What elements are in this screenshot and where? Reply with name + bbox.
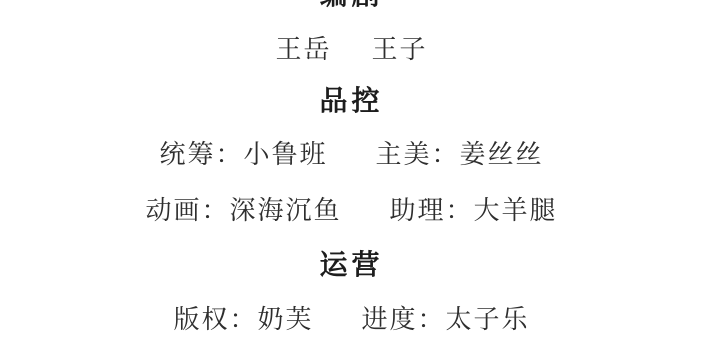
role-label: 助理 — [390, 195, 446, 225]
screenwriter-name: 王岳 — [275, 36, 331, 62]
credits-page: 编剧 王岳 王子 品控 统筹：小鲁班 主美：姜丝丝 动画：深海沉鱼 助理：大羊腿… — [0, 0, 703, 364]
credit-entry-animation: 动画：深海沉鱼 — [145, 197, 341, 223]
person-name: 小鲁班 — [243, 139, 327, 169]
colon-separator: ： — [201, 195, 229, 225]
credit-entry-copyright: 版权：奶芙 — [173, 306, 313, 332]
screenwriter-name: 王子 — [372, 36, 428, 62]
credit-entry-progress: 进度：太子乐 — [362, 306, 530, 332]
credit-row-animation-assistant: 动画：深海沉鱼 助理：大羊腿 — [0, 197, 703, 223]
role-label: 版权 — [173, 304, 229, 334]
role-label: 进度 — [362, 304, 418, 334]
credit-entry-lead-artist: 主美：姜丝丝 — [376, 141, 544, 167]
colon-separator: ： — [446, 195, 474, 225]
section-title-operations: 运营 — [0, 251, 703, 279]
credit-row-coordinator-artist: 统筹：小鲁班 主美：姜丝丝 — [0, 141, 703, 167]
section-title-quality-control: 品控 — [0, 87, 703, 115]
person-name: 奶芙 — [257, 304, 313, 334]
colon-separator: ： — [418, 304, 446, 334]
role-label: 动画 — [145, 195, 201, 225]
colon-separator: ： — [432, 139, 460, 169]
screenwriter-names-row: 王岳 王子 — [0, 36, 703, 62]
person-name: 大羊腿 — [474, 195, 558, 225]
colon-separator: ： — [215, 139, 243, 169]
credit-entry-coordinator: 统筹：小鲁班 — [159, 141, 327, 167]
colon-separator: ： — [229, 304, 257, 334]
person-name: 深海沉鱼 — [229, 195, 341, 225]
credit-entry-assistant: 助理：大羊腿 — [390, 197, 558, 223]
role-label: 主美 — [376, 139, 432, 169]
person-name: 太子乐 — [446, 304, 530, 334]
credit-row-copyright-progress: 版权：奶芙 进度：太子乐 — [0, 306, 703, 332]
person-name: 姜丝丝 — [460, 139, 544, 169]
section-title-screenwriter: 编剧 — [0, 0, 703, 9]
role-label: 统筹 — [159, 139, 215, 169]
